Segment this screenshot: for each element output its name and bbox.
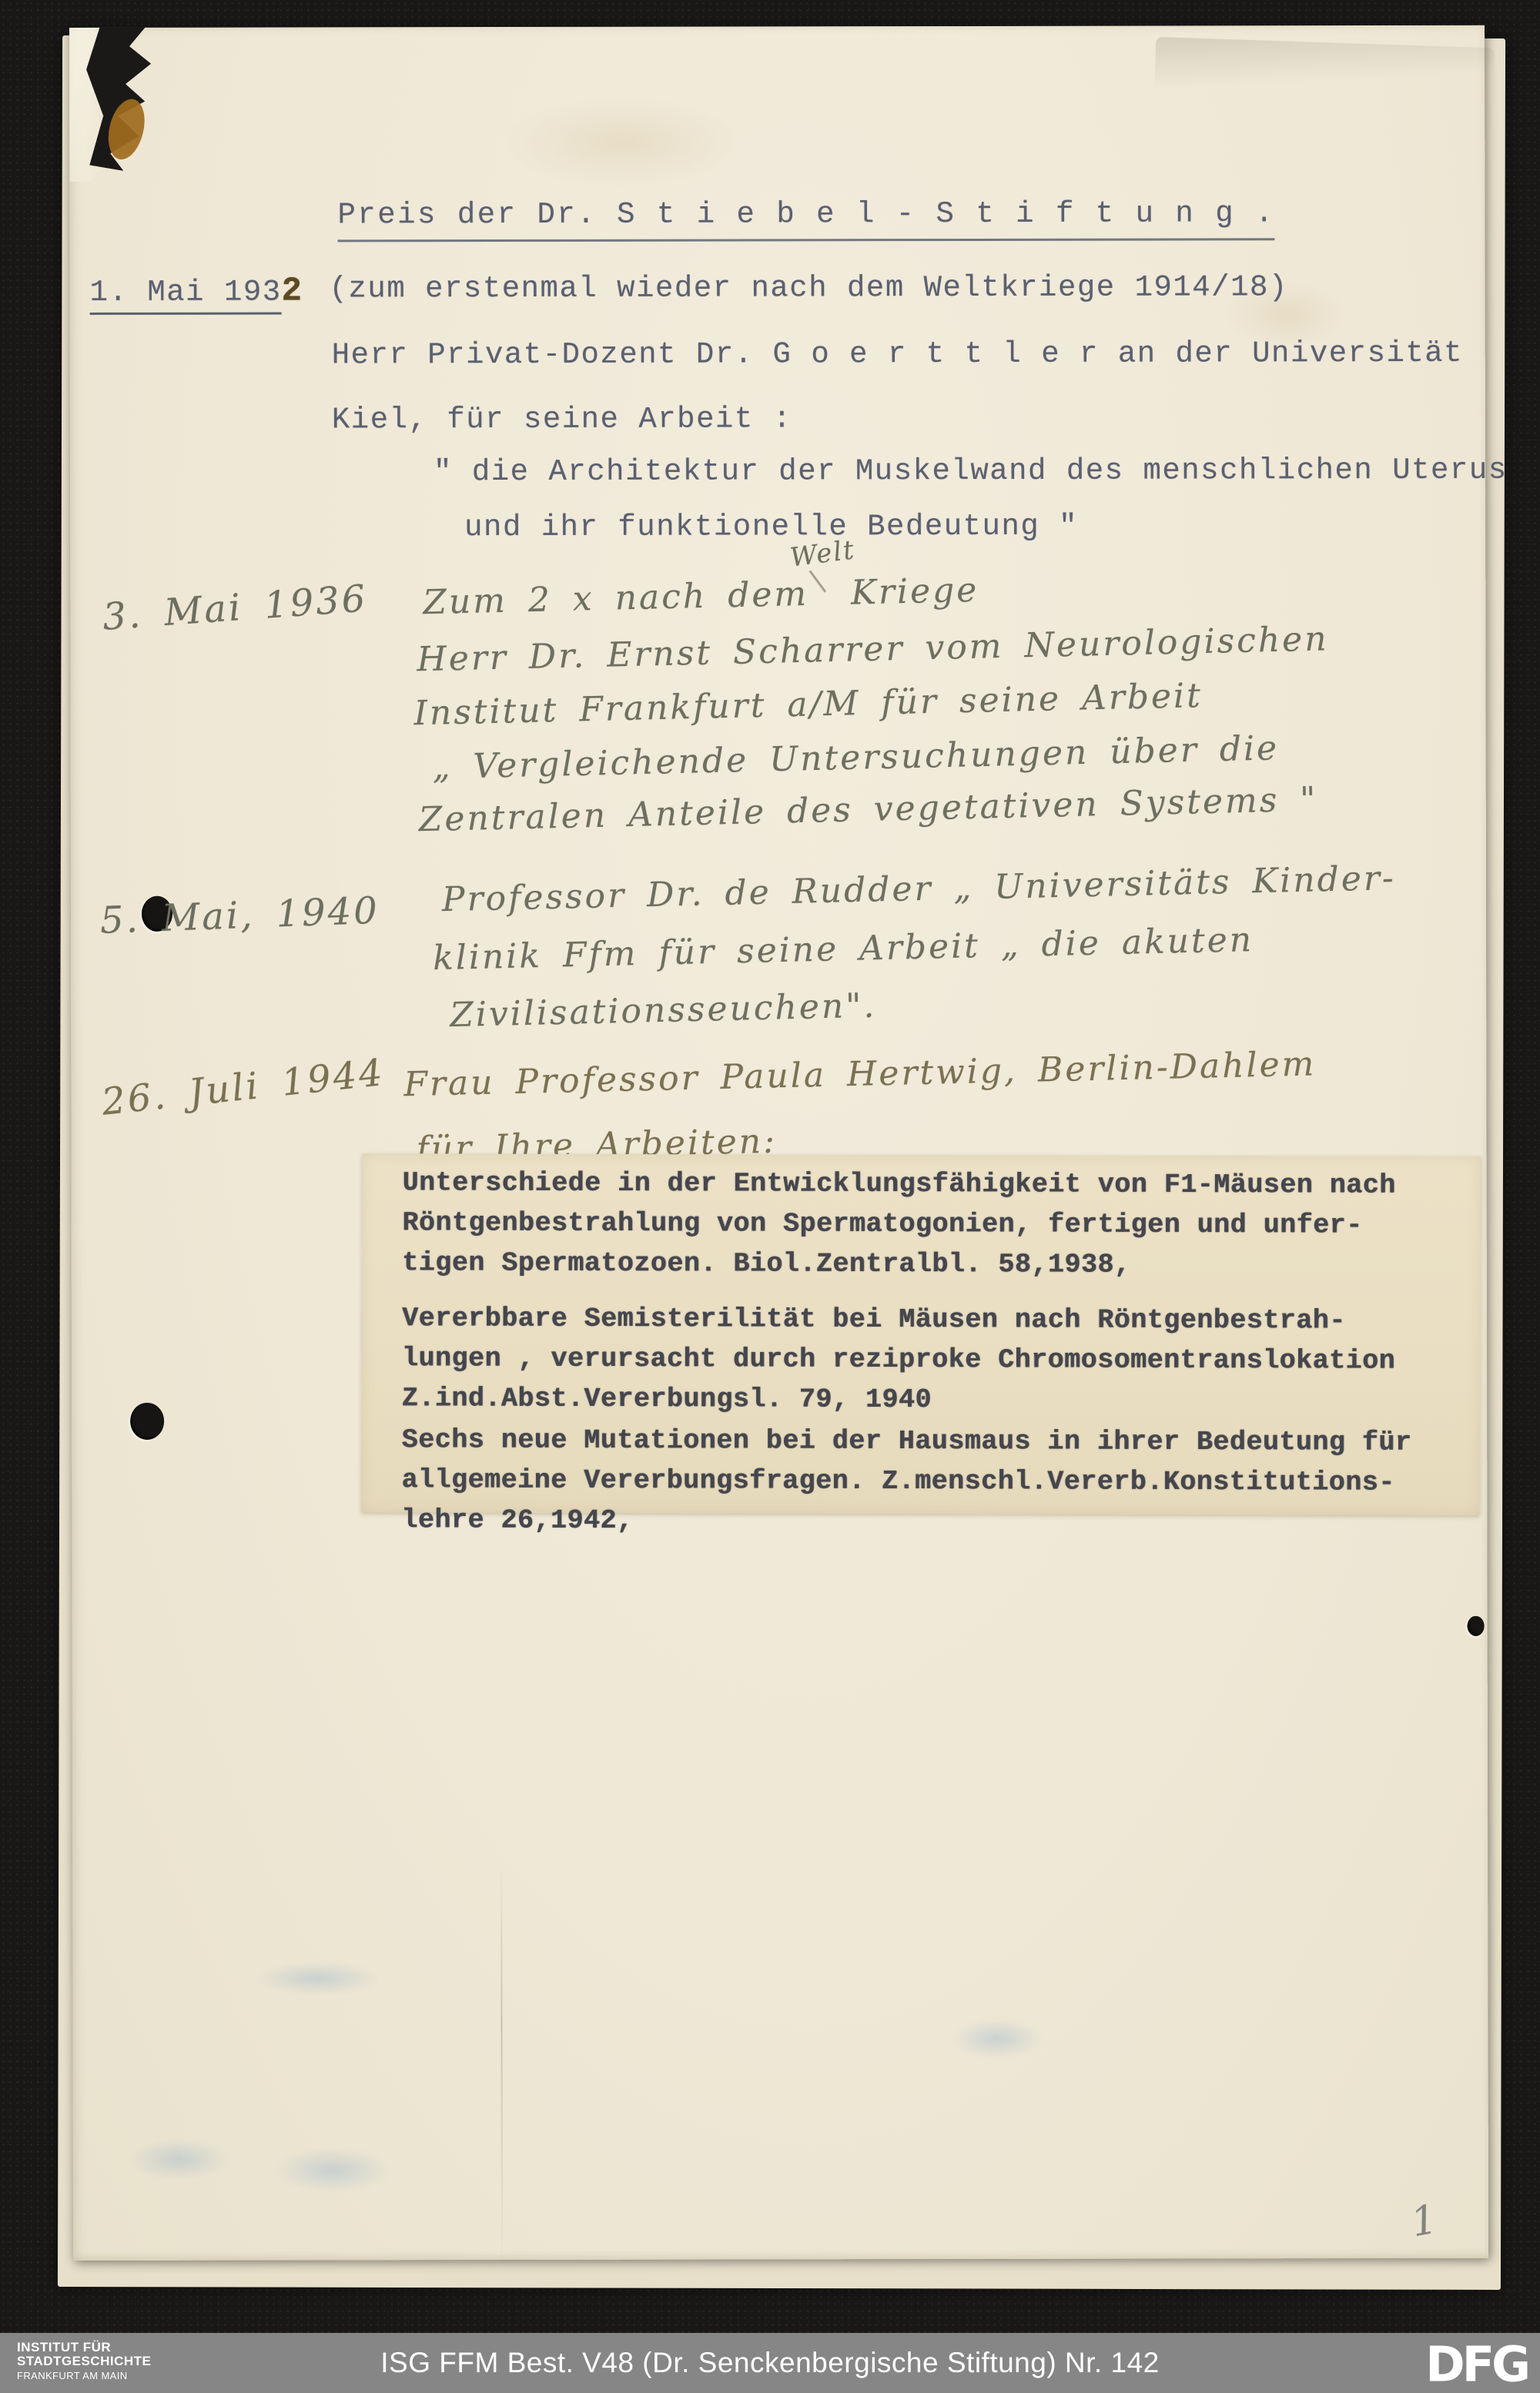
pasted-bibliography-slip: Unterschiede in der Entwicklungsfähigkei… — [361, 1153, 1480, 1515]
entry-1932-laureate: Herr Privat-Dozent Dr. G o e r t t l e r… — [332, 336, 1463, 373]
foxing-stain — [500, 95, 747, 189]
slip-p1-line1: Unterschiede in der Entwicklungsfähigkei… — [402, 1167, 1395, 1200]
punch-hole — [130, 1403, 164, 1440]
entry-1940-date: 5. Mai, 1940 — [99, 889, 380, 942]
slip-p3-line1: Sechs neue Mutationen bei der Hausmaus i… — [402, 1424, 1412, 1458]
ink-bleedthrough — [256, 1961, 379, 1995]
entry-1936-line4: „ Vergleichende Untersuchungen über die — [432, 728, 1279, 787]
pencil-page-number: 1 — [1408, 2196, 1441, 2246]
entry-1940-line3: Zivilisationsseuchen". — [450, 986, 877, 1036]
entry-1932-parenthetical: (zum erstenmal wieder nach dem Weltkrieg… — [330, 270, 1288, 306]
insertion-caret — [809, 570, 827, 592]
entry-1932-date: 1. Mai 1932 — [90, 272, 303, 310]
slip-p1-line2: Röntgenbestrahlung von Spermatogonien, f… — [402, 1207, 1362, 1240]
entry-1936-line1-post: Kriege — [850, 571, 979, 613]
entry-1940-line2: klinik Ffm für seine Arbeit „ die akuten — [433, 920, 1254, 978]
viewer-footer-bar: INSTITUT FÜR STADTGESCHICHTE FRANKFURT A… — [0, 2333, 1540, 2393]
document-title: Preis der Dr. S t i e b e l - S t i f t … — [337, 196, 1275, 242]
slip-p2-line2: lungen , verursacht durch reziproke Chro… — [402, 1343, 1395, 1376]
entry-1932-date-correction: 2 — [282, 272, 303, 310]
punch-hole — [1468, 1616, 1485, 1636]
slip-p1-line3: tigen Spermatozoen. Biol.Zentralbl. 58,1… — [402, 1247, 1130, 1280]
paper-crease-vertical — [500, 1859, 503, 2267]
entry-1936-date: 3. Mai 1936 — [101, 577, 369, 638]
ink-bleedthrough — [951, 2019, 1043, 2059]
entry-1940-line1: Professor Dr. de Rudder „ Universitäts K… — [441, 858, 1396, 919]
entry-1932-city: Kiel, für seine Arbeit : — [332, 402, 792, 437]
entry-1944-date: 26. Juli 1944 — [99, 1051, 387, 1124]
entry-1936-line2: Herr Dr. Ernst Scharrer vom Neurologisch… — [417, 619, 1329, 679]
entry-1936-line3: Institut Frankfurt a/M für seine Arbeit — [413, 676, 1203, 733]
ink-bleedthrough — [275, 2147, 390, 2192]
slip-p2-line1: Vererbbare Semisterilität bei Mäusen nac… — [402, 1303, 1346, 1336]
archive-reference: ISG FFM Best. V48 (Dr. Senckenbergische … — [0, 2347, 1540, 2379]
scan-background: Preis der Dr. S t i e b e l - S t i f t … — [0, 0, 1540, 2393]
slip-p3-line3: lehre 26,1942, — [401, 1504, 633, 1536]
entry-1936-line1: Zum 2 x nach dem Welt Kriege — [423, 571, 979, 622]
paper-crease — [1154, 37, 1495, 102]
slip-p3-line2: allgemeine Vererbungsfragen. Z.menschl.V… — [401, 1464, 1394, 1498]
entry-1932-work-title-line2: und ihr funktionelle Bedeutung " — [464, 510, 1078, 544]
dfg-logo: DFG — [1425, 2335, 1528, 2392]
entry-1936-line5: Zentralen Anteile des vegetativen System… — [418, 780, 1318, 839]
archival-document-page: Preis der Dr. S t i e b e l - S t i f t … — [69, 25, 1488, 2261]
entry-1944-line1: Frau Professor Paula Hertwig, Berlin-Dah… — [403, 1044, 1317, 1104]
ink-bleedthrough — [129, 2139, 229, 2180]
slip-p2-line3: Z.ind.Abst.Vererbungsl. 79, 1940 — [402, 1383, 932, 1415]
entry-1932-work-title-line1: " die Architektur der Muskelwand des men… — [434, 453, 1508, 489]
entry-1932-date-text: 1. Mai 193 — [90, 276, 282, 315]
entry-1936-line1-pre: Zum 2 x nach dem — [423, 574, 809, 622]
